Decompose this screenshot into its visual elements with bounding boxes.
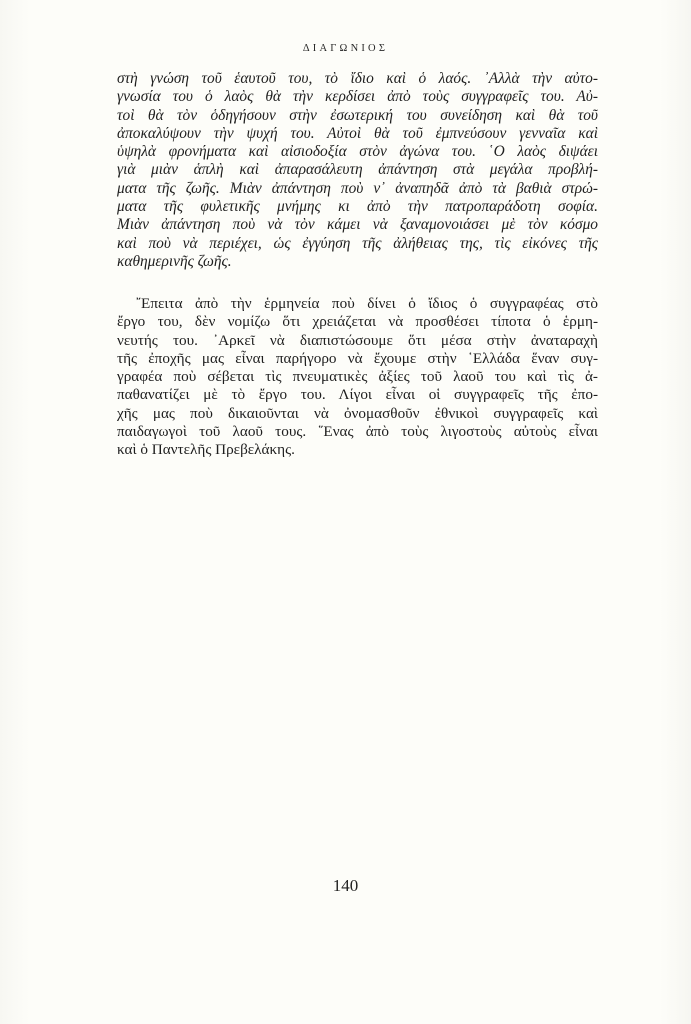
paragraph-roman: ῎Επειτα ἀπὸ τὴν ἑρμηνεία ποὺ δίνει ὁ ἴδι… xyxy=(117,295,598,460)
text-line: παιδαγωγοὶ τοῦ λαοῦ τους. ῞Ενας ἀπὸ τοὺς… xyxy=(117,423,598,441)
text-line: ἀποκαλύψουν τὴν ψυχή του. Αὐτοὶ θὰ τοῦ ἐ… xyxy=(117,125,598,143)
running-head: ΔΙΑΓΩΝΙΟΣ xyxy=(0,43,691,54)
text-line: γνωσία του ὁ λαὸς θὰ τὴν κερδίσει ἀπὸ το… xyxy=(117,88,598,106)
text-line: καὶ ὁ Παντελῆς Πρεβελάκης. xyxy=(117,441,598,459)
text-line: στὴ γνώση τοῦ ἑαυτοῦ του, τὸ ἴδιο καὶ ὁ … xyxy=(117,70,598,88)
text-line: γραφέα ποὺ σέβεται τὶς πνευματικὲς ἀξίες… xyxy=(117,368,598,386)
text-line: ματα τῆς ζωῆς. Μιὰν ἀπάντηση ποὺ ν᾿ ἀναπ… xyxy=(117,180,598,198)
text-line: καθημερινῆς ζωῆς. xyxy=(117,253,598,271)
text-line: Μιὰν ἀπάντηση ποὺ νὰ τὸν κάμει νὰ ξαναμο… xyxy=(117,216,598,234)
text-line: ὑψηλὰ φρονήματα καὶ αἰσιοδοξία στὸν ἀγών… xyxy=(117,143,598,161)
text-line: τοὶ θὰ τὸν ὁδηγήσουν στὴν ἐσωτερική του … xyxy=(117,107,598,125)
book-page: ΔΙΑΓΩΝΙΟΣ στὴ γνώση τοῦ ἑαυτοῦ του, τὸ ἴ… xyxy=(0,0,691,1024)
text-line: χῆς μας ποὺ δικαιοῦνται νὰ ὀνομασθοῦν ἐθ… xyxy=(117,405,598,423)
text-line: ἔργο του, δὲν νομίζω ὅτι χρειάζεται νὰ π… xyxy=(117,313,598,331)
text-line: ῎Επειτα ἀπὸ τὴν ἑρμηνεία ποὺ δίνει ὁ ἴδι… xyxy=(117,295,598,313)
text-line: τῆς ἐποχῆς μας εἶναι παρήγορο νὰ ἔχουμε … xyxy=(117,350,598,368)
text-line: καὶ ποὺ νὰ περιέχει, ὡς ἐγγύηση τῆς ἀλήθ… xyxy=(117,235,598,253)
page-number: 140 xyxy=(0,876,691,896)
text-line: παθανατίζει μὲ τὸ ἔργο του. Λίγοι εἶναι … xyxy=(117,386,598,404)
text-line: γιὰ μιὰν ἁπλὴ καὶ ἀπαρασάλευτη ἀπάντηση … xyxy=(117,161,598,179)
text-line: ματα τῆς φυλετικῆς μνήμης κι ἀπὸ τὴν πατ… xyxy=(117,198,598,216)
paragraph-italic: στὴ γνώση τοῦ ἑαυτοῦ του, τὸ ἴδιο καὶ ὁ … xyxy=(117,70,598,271)
text-line: νευτής του. ᾿Αρκεῖ νὰ διαπιστώσουμε ὅτι … xyxy=(117,332,598,350)
